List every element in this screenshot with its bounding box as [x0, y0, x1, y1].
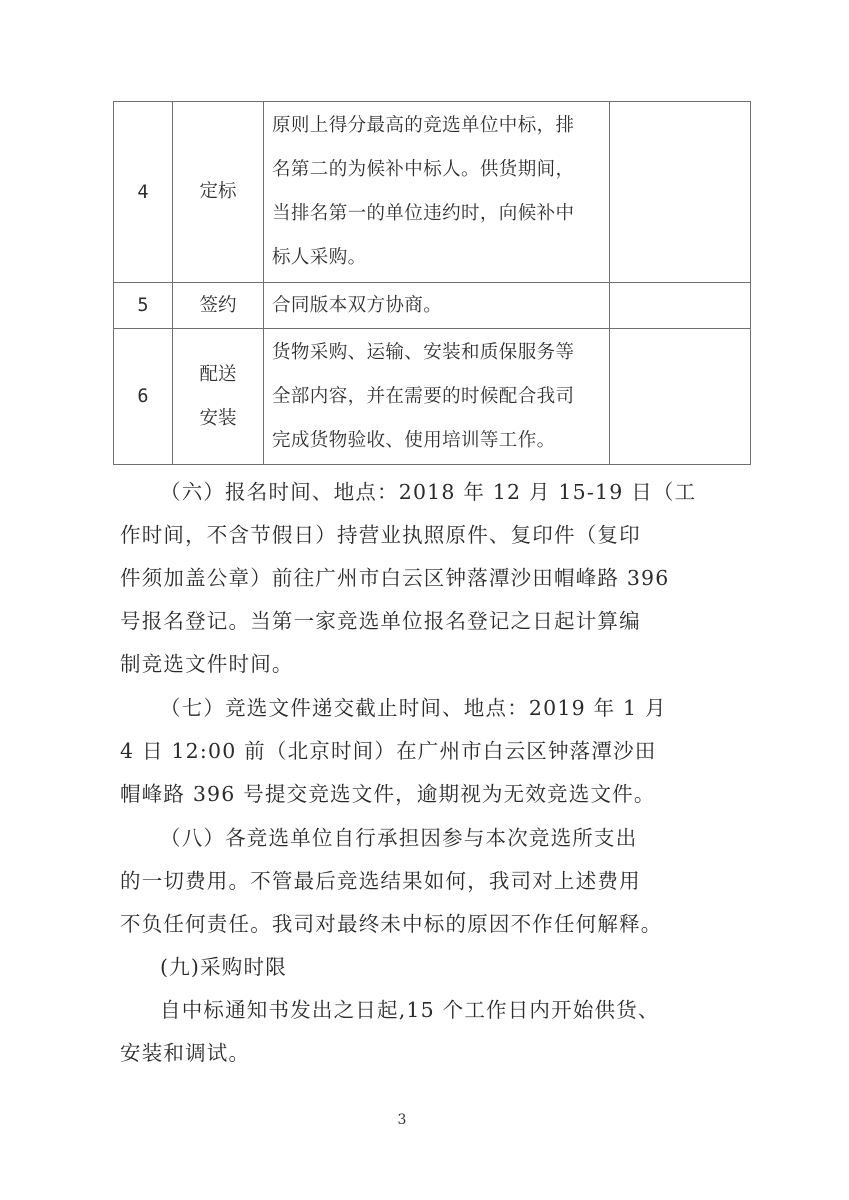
row-note [610, 329, 751, 465]
costs-paragraph: （八）各竞选单位自行承担因参与本次竞选所支出 的一切费用。不管最后竞选结果如何，… [120, 817, 735, 946]
paragraph-line: 安装和调试。 [120, 1032, 735, 1075]
time-limit-paragraph: 自中标通知书发出之日起,15 个工作日内开始供货、 安装和调试。 [120, 989, 735, 1075]
paragraph-line: 的一切费用。不管最后竞选结果如何，我司对上述费用 [120, 860, 735, 903]
row-item: 配送 安装 [173, 329, 264, 465]
document-page: 4 定标 原则上得分最高的竞选单位中标，排 名第二的为候补中标人。供货期间， 当… [0, 0, 849, 1200]
paragraph-line: （八）各竞选单位自行承担因参与本次竞选所支出 [120, 817, 735, 860]
desc-line: 名第二的为候补中标人。供货期间， [272, 148, 605, 192]
row-number: 6 [114, 329, 173, 465]
row-note [610, 283, 751, 329]
desc-line: 货物采购、运输、安装和质保服务等 [272, 331, 605, 375]
table-row: 6 配送 安装 货物采购、运输、安装和质保服务等 全部内容，并在需要的时候配合我… [114, 329, 751, 465]
procurement-steps-table: 4 定标 原则上得分最高的竞选单位中标，排 名第二的为候补中标人。供货期间， 当… [113, 101, 751, 465]
paragraph-line: 帽峰路 396 号提交竞选文件，逾期视为无效竞选文件。 [120, 773, 735, 816]
desc-line: 原则上得分最高的竞选单位中标，排 [272, 104, 605, 148]
paragraph-line: 作时间，不含节假日）持营业执照原件、复印件（复印 [120, 514, 735, 557]
table-row: 5 签约 合同版本双方协商。 [114, 283, 751, 329]
submission-paragraph: （七）竞选文件递交截止时间、地点：2019 年 1 月 4 日 12:00 前（… [120, 687, 735, 816]
desc-line: 当排名第一的单位违约时，向候补中 [272, 192, 605, 236]
row-item: 定标 [173, 102, 264, 283]
row-number: 5 [114, 283, 173, 329]
desc-line: 合同版本双方协商。 [272, 284, 605, 328]
paragraph-line: 件须加盖公章）前往广州市白云区钟落潭沙田帽峰路 396 [120, 557, 735, 600]
desc-line: 全部内容，并在需要的时候配合我司 [272, 375, 605, 419]
page-number: 3 [394, 1112, 410, 1128]
row-description: 原则上得分最高的竞选单位中标，排 名第二的为候补中标人。供货期间， 当排名第一的… [264, 102, 610, 283]
row-description: 货物采购、运输、安装和质保服务等 全部内容，并在需要的时候配合我司 完成货物验收… [264, 329, 610, 465]
time-limit-heading: (九)采购时限 [120, 946, 735, 989]
desc-line: 标人采购。 [272, 236, 605, 280]
item-line: 定标 [173, 170, 263, 214]
paragraph-line: 号报名登记。当第一家竞选单位报名登记之日起计算编 [120, 600, 735, 643]
item-line: 安装 [173, 397, 263, 441]
row-description: 合同版本双方协商。 [264, 283, 610, 329]
table-row: 4 定标 原则上得分最高的竞选单位中标，排 名第二的为候补中标人。供货期间， 当… [114, 102, 751, 283]
paragraph-line: 不负任何责任。我司对最终未中标的原因不作任何解释。 [120, 903, 735, 946]
item-line: 签约 [173, 284, 263, 328]
paragraph-line: 制竞选文件时间。 [120, 643, 735, 686]
paragraph-line: 自中标通知书发出之日起,15 个工作日内开始供货、 [120, 989, 735, 1032]
registration-paragraph: （六）报名时间、地点：2018 年 12 月 15-19 日（工 作时间，不含节… [120, 471, 735, 686]
desc-line: 完成货物验收、使用培训等工作。 [272, 419, 605, 463]
row-note [610, 102, 751, 283]
item-line: 配送 [173, 353, 263, 397]
row-item: 签约 [173, 283, 264, 329]
row-number: 4 [114, 102, 173, 283]
section-heading: (九)采购时限 [120, 946, 735, 989]
paragraph-line: （六）报名时间、地点：2018 年 12 月 15-19 日（工 [120, 471, 735, 514]
paragraph-line: （七）竞选文件递交截止时间、地点：2019 年 1 月 [120, 687, 735, 730]
paragraph-line: 4 日 12:00 前（北京时间）在广州市白云区钟落潭沙田 [120, 730, 735, 773]
